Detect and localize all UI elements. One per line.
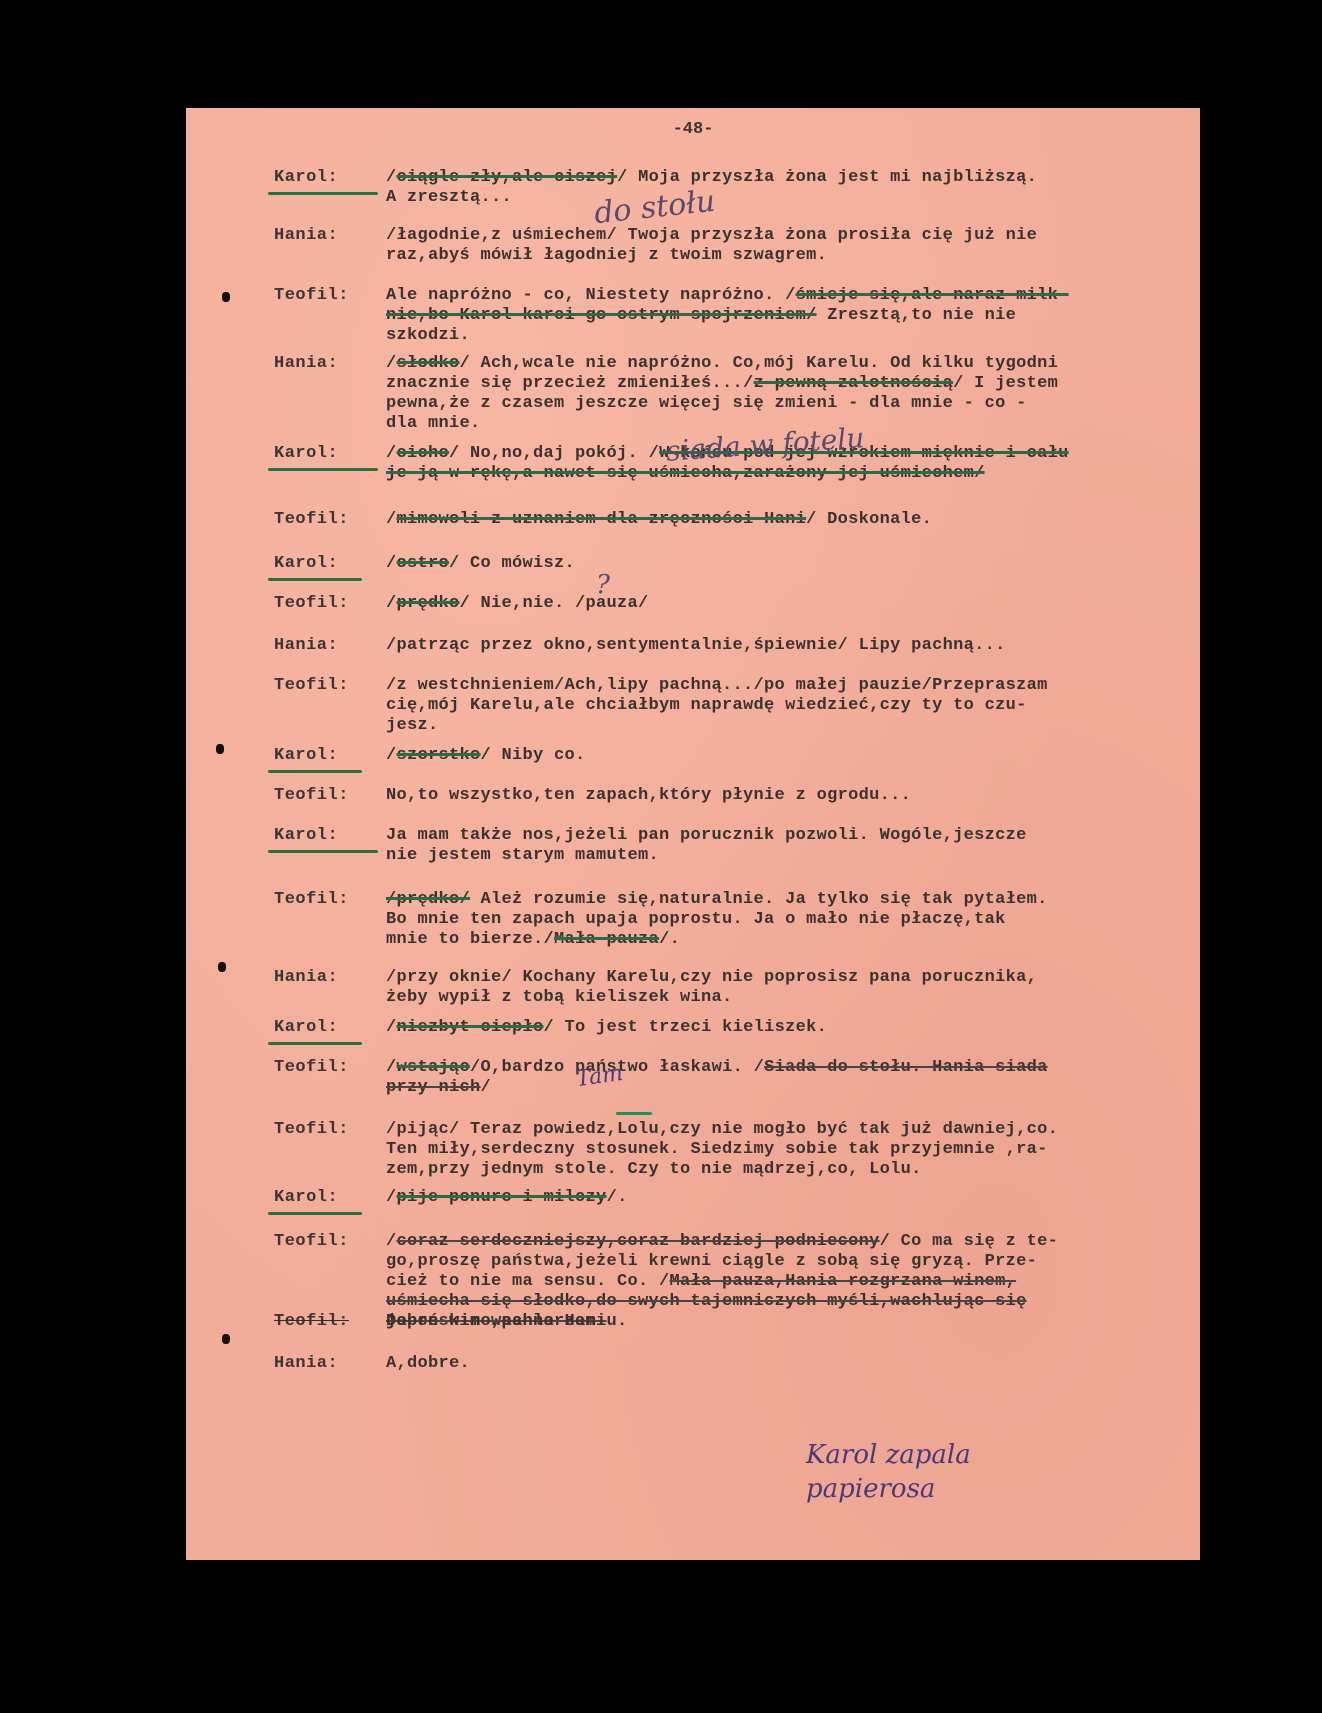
speaker-underline-mark (268, 578, 362, 581)
text-line: /wstając/O,bardzo państwo łaskawi. /Siad… (386, 1058, 1190, 1078)
scanner-smudge (222, 1334, 230, 1344)
dialogue-text: /łagodnie,z uśmiechem/ Twoja przyszła żo… (386, 226, 1190, 266)
text-line: go,proszę państwa,jeżeli krewni ciągle z… (386, 1252, 1190, 1272)
speaker-name: Karol: (274, 746, 338, 765)
text-segment: /z westchnieniem/Ach,lipy pachną.../po m… (386, 676, 1048, 695)
struck-stage-direction: uśmiecha się słodko,do swych tajemniczyc… (386, 1292, 1027, 1311)
speaker-name: Hania: (274, 354, 338, 373)
text-segment: żeby wypił z tobą kieliszek wina. (386, 988, 733, 1007)
text-segment: Dobre wino,panno Haniu. (386, 1312, 628, 1331)
text-line: /ostro/ Co mówisz. (386, 554, 1190, 574)
struck-stage-direction: wstając (397, 1058, 471, 1077)
text-line: /pijąc/ Teraz powiedz,Lolu,czy nie mogło… (386, 1120, 1190, 1140)
speaker-name: Teofil: (274, 1312, 349, 1331)
text-line: nie jestem starym mamutem. (386, 846, 1190, 866)
text-line: je ją w rękę,a nawet się uśmiecha,zarażo… (386, 464, 1190, 484)
struck-stage-direction: je ją w rękę,a nawet się uśmiecha,zarażo… (386, 464, 985, 483)
struck-stage-direction: prędko (397, 594, 460, 613)
text-segment: znacznie się przecież zmieniłeś.../ (386, 374, 754, 393)
text-line: pewna,że z czasem jeszcze więcej się zmi… (386, 394, 1190, 414)
text-line: A zresztą... (386, 188, 1190, 208)
text-line: /szorstko/ Niby co. (386, 746, 1190, 766)
text-line: /przy oknie/ Kochany Karelu,czy nie popr… (386, 968, 1190, 988)
speaker-name: Karol: (274, 554, 338, 573)
dialogue-text: /ciągle zły,ale ciszej/ Moja przyszła żo… (386, 168, 1190, 208)
struck-stage-direction: /prędko/ (386, 890, 470, 909)
text-segment: / (386, 1232, 397, 1251)
speaker-name: Karol: (274, 444, 338, 463)
dialogue-text: /mimowoli z uznaniem dla zręczności Hani… (386, 510, 1190, 530)
speaker-underline-mark (268, 850, 378, 853)
text-line: /patrząc przez okno,sentymentalnie,śpiew… (386, 636, 1190, 656)
text-line: Ten miły,serdeczny stosunek. Siedzimy so… (386, 1140, 1190, 1160)
dialogue-text: /wstając/O,bardzo państwo łaskawi. /Siad… (386, 1058, 1190, 1098)
struck-stage-direction: coraz serdeczniejszy,coraz bardziej podn… (397, 1232, 880, 1251)
dialogue-text: /pije ponuro i milczy/. (386, 1188, 1190, 1208)
text-segment: pewna,że z czasem jeszcze więcej się zmi… (386, 394, 1027, 413)
text-line: jesz. (386, 716, 1190, 736)
text-line: Ale napróżno - co, Niestety napróżno. /ś… (386, 286, 1190, 306)
text-line: Bo mnie ten zapach upaja poprostu. Ja o … (386, 910, 1190, 930)
text-line: /mimowoli z uznaniem dla zręczności Hani… (386, 510, 1190, 530)
text-segment: Bo mnie ten zapach upaja poprostu. Ja o … (386, 910, 1006, 929)
speaker-name: Karol: (274, 826, 338, 845)
text-segment: A zresztą... (386, 188, 512, 207)
text-line: /z westchnieniem/Ach,lipy pachną.../po m… (386, 676, 1190, 696)
text-segment: nie jestem starym mamutem. (386, 846, 659, 865)
text-segment: No,to wszystko,ten zapach,który płynie z… (386, 786, 911, 805)
text-segment: Ale napróżno - co, Niestety napróżno. / (386, 286, 796, 305)
handwritten-note-question-mark: ? (596, 570, 610, 600)
speaker-underline-mark (268, 1042, 362, 1045)
struck-stage-direction: cicho (397, 444, 450, 463)
speaker-name: Hania: (274, 226, 338, 245)
speaker-name: Teofil: (274, 594, 349, 613)
text-segment: / (386, 1188, 397, 1207)
speaker-underline-mark (268, 770, 362, 773)
text-segment: / (386, 168, 397, 187)
speaker-name: Hania: (274, 636, 338, 655)
text-segment: /. (659, 930, 680, 949)
text-segment: /. (607, 1188, 628, 1207)
struck-stage-direction: Mała pauza (554, 930, 659, 949)
text-segment: / (386, 1058, 397, 1077)
dialogue-text: /pijąc/ Teraz powiedz,Lolu,czy nie mogło… (386, 1120, 1190, 1180)
dialogue-text: Dobre wino,panno Haniu. (386, 1312, 1190, 1332)
speaker-name: Karol: (274, 1018, 338, 1037)
dialogue-text: /prędko/ Ależ rozumie się,naturalnie. Ja… (386, 890, 1190, 950)
struck-stage-direction: Siada do stołu. Hania siada (764, 1058, 1048, 1077)
speaker-name: Karol: (274, 1188, 338, 1207)
dialogue-text: A,dobre. (386, 1354, 1190, 1374)
text-line: mnie to bierze./Mała pauza/. (386, 930, 1190, 950)
text-line: /pije ponuro i milczy/. (386, 1188, 1190, 1208)
struck-stage-direction: szorstko (397, 746, 481, 765)
text-line: Dobre wino,panno Haniu. (386, 1312, 1190, 1332)
typescript-page: -48- Karol:/ciągle zły,ale ciszej/ Moja … (186, 108, 1200, 1560)
text-line: /niezbyt ciepło/ To jest trzeci kielisze… (386, 1018, 1190, 1038)
struck-stage-direction: niezbyt ciepło (397, 1018, 544, 1037)
text-line: nie,bo Karol karci go ostrym spojrzeniem… (386, 306, 1190, 326)
dialogue-text: /słodko/ Ach,wcale nie napróżno. Co,mój … (386, 354, 1190, 434)
text-segment: / (386, 354, 397, 373)
text-segment: / (386, 554, 397, 573)
text-line: /łagodnie,z uśmiechem/ Twoja przyszła żo… (386, 226, 1190, 246)
text-segment: /łagodnie,z uśmiechem/ Twoja przyszła żo… (386, 226, 1037, 245)
struck-stage-direction: śmieje się,ale naraz milk- (796, 286, 1069, 305)
dialogue-text: Ale napróżno - co, Niestety napróżno. /ś… (386, 286, 1190, 346)
text-line: raz,abyś mówił łagodniej z twoim szwagre… (386, 246, 1190, 266)
text-segment: /patrząc przez okno,sentymentalnie,śpiew… (386, 636, 1006, 655)
text-line: /prędko/ Ależ rozumie się,naturalnie. Ja… (386, 890, 1190, 910)
text-segment: zem,przy jednym stole. Czy to nie mądrze… (386, 1160, 922, 1179)
text-segment: / Doskonale. (806, 510, 932, 529)
speaker-name: Teofil: (274, 786, 349, 805)
speaker-name: Teofil: (274, 286, 349, 305)
dialogue-text: /szorstko/ Niby co. (386, 746, 1190, 766)
text-segment: / Niby co. (481, 746, 586, 765)
text-segment: / Ach,wcale nie napróżno. Co,mój Karelu.… (460, 354, 1059, 373)
text-line: /ciągle zły,ale ciszej/ Moja przyszła żo… (386, 168, 1190, 188)
text-segment: / Nie,nie. /pauza/ (460, 594, 649, 613)
struck-stage-direction: ciągle zły,ale ciszej (397, 168, 618, 187)
text-segment: /przy oknie/ Kochany Karelu,czy nie popr… (386, 968, 1037, 987)
speaker-name: Teofil: (274, 676, 349, 695)
dialogue-text: /ostro/ Co mówisz. (386, 554, 1190, 574)
text-line: uśmiecha się słodko,do swych tajemniczyc… (386, 1292, 1190, 1312)
text-segment: / To jest trzeci kieliszek. (544, 1018, 828, 1037)
text-segment: A,dobre. (386, 1354, 470, 1373)
page-number: -48- (186, 120, 1200, 139)
text-segment: / (386, 594, 397, 613)
dialogue-text: /niezbyt ciepło/ To jest trzeci kielisze… (386, 1018, 1190, 1038)
text-segment: / (386, 746, 397, 765)
speaker-underline-mark (268, 468, 378, 471)
text-segment: Ależ rozumie się,naturalnie. Ja tylko si… (470, 890, 1048, 909)
dialogue-text: /prędko/ Nie,nie. /pauza/ (386, 594, 1190, 614)
speaker-name: Teofil: (274, 1058, 349, 1077)
text-segment: cież to nie ma sensu. Co. / (386, 1272, 670, 1291)
handwritten-note-karol-zapala: Karol zapala papierosa (806, 1438, 1066, 1506)
text-line: /słodko/ Ach,wcale nie napróżno. Co,mój … (386, 354, 1190, 374)
text-segment: szkodzi. (386, 326, 470, 345)
text-line: Ja mam także nos,jeżeli pan porucznik po… (386, 826, 1190, 846)
speaker-underline-mark (268, 1212, 362, 1215)
text-segment: jesz. (386, 716, 439, 735)
struck-stage-direction: Mała pauza,Hania rozgrzana winem, (670, 1272, 1017, 1291)
struck-stage-direction: z pewną zalotnością (754, 374, 954, 393)
text-segment: / (386, 510, 397, 529)
text-segment: / (386, 1018, 397, 1037)
dialogue-text: Ja mam także nos,jeżeli pan porucznik po… (386, 826, 1190, 866)
text-segment: / (386, 444, 397, 463)
speaker-underline-mark (268, 192, 378, 195)
text-segment: cię,mój Karelu,ale chciałbym naprawdę wi… (386, 696, 1027, 715)
text-line: szkodzi. (386, 326, 1190, 346)
speaker-name: Teofil: (274, 1232, 349, 1251)
text-segment: raz,abyś mówił łagodniej z twoim szwagre… (386, 246, 827, 265)
speaker-name: Teofil: (274, 890, 349, 909)
text-line: przy nich/ (386, 1078, 1190, 1098)
text-segment: / Co ma się z te- (880, 1232, 1059, 1251)
speaker-name: Teofil: (274, 1120, 349, 1139)
struck-stage-direction: słodko (397, 354, 460, 373)
text-segment: / Co mówisz. (449, 554, 575, 573)
green-underline-mark (616, 1112, 652, 1115)
text-segment: Zresztą,to nie nie (817, 306, 1017, 325)
text-segment: / (481, 1078, 492, 1097)
text-segment: dla mnie. (386, 414, 481, 433)
text-line: żeby wypił z tobą kieliszek wina. (386, 988, 1190, 1008)
speaker-name: Teofil: (274, 510, 349, 529)
struck-stage-direction: mimowoli z uznaniem dla zręczności Hani (397, 510, 807, 529)
text-line: A,dobre. (386, 1354, 1190, 1374)
text-line: cię,mój Karelu,ale chciałbym naprawdę wi… (386, 696, 1190, 716)
struck-stage-direction: przy nich (386, 1078, 481, 1097)
dialogue-text: /patrząc przez okno,sentymentalnie,śpiew… (386, 636, 1190, 656)
text-segment: go,proszę państwa,jeżeli krewni ciągle z… (386, 1252, 1037, 1271)
dialogue-text: /przy oknie/ Kochany Karelu,czy nie popr… (386, 968, 1190, 1008)
text-segment: Ja mam także nos,jeżeli pan porucznik po… (386, 826, 1027, 845)
text-line: /prędko/ Nie,nie. /pauza/ (386, 594, 1190, 614)
text-segment: / Moja przyszła żona jest mi najbliższą. (617, 168, 1037, 187)
text-line: cież to nie ma sensu. Co. /Mała pauza,Ha… (386, 1272, 1190, 1292)
struck-stage-direction: nie,bo Karol karci go ostrym spojrzeniem… (386, 306, 817, 325)
dialogue-text: No,to wszystko,ten zapach,który płynie z… (386, 786, 1190, 806)
scanner-smudge (216, 744, 224, 754)
speaker-name: Hania: (274, 1354, 338, 1373)
text-line: No,to wszystko,ten zapach,który płynie z… (386, 786, 1190, 806)
scanner-smudge (222, 292, 230, 302)
dialogue-text: /z westchnieniem/Ach,lipy pachną.../po m… (386, 676, 1190, 736)
scanner-smudge (218, 962, 226, 972)
speaker-name: Hania: (274, 968, 338, 987)
text-segment: / No,no,daj pokój. / (449, 444, 659, 463)
text-line: /coraz serdeczniejszy,coraz bardziej pod… (386, 1232, 1190, 1252)
struck-stage-direction: ostro (397, 554, 450, 573)
text-line: zem,przy jednym stole. Czy to nie mądrze… (386, 1160, 1190, 1180)
struck-stage-direction: pije ponuro i milczy (397, 1188, 607, 1207)
text-segment: mnie to bierze./ (386, 930, 554, 949)
text-segment: Ten miły,serdeczny stosunek. Siedzimy so… (386, 1140, 1048, 1159)
text-segment: / I jestem (953, 374, 1058, 393)
text-segment: /pijąc/ Teraz powiedz,Lolu,czy nie mogło… (386, 1120, 1058, 1139)
text-line: znacznie się przecież zmieniłeś.../z pew… (386, 374, 1190, 394)
speaker-name: Karol: (274, 168, 338, 187)
